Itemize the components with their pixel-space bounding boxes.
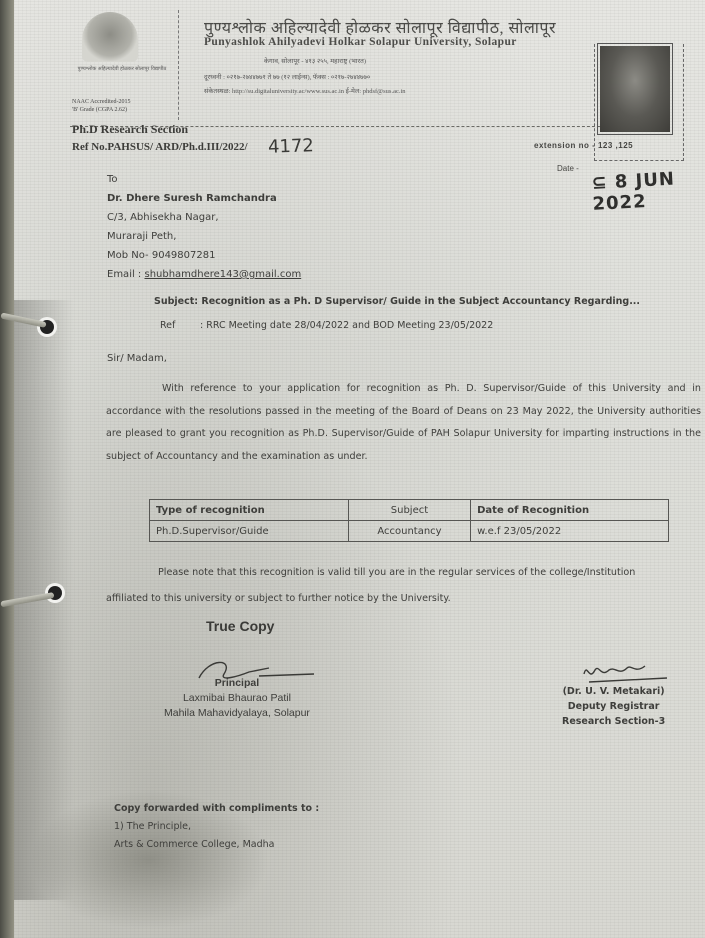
registrar-section: Research Section-3 <box>562 714 665 729</box>
reference-line: Ref: RRC Meeting date 28/04/2022 and BOD… <box>160 320 493 331</box>
principal-title: Principal <box>164 676 310 691</box>
subject-line: Subject: Recognition as a Ph. D Supervis… <box>154 296 640 307</box>
paragraph-first-line: With reference to your application for r… <box>106 383 686 394</box>
table-header-row: Type of recognition Subject Date of Reco… <box>150 500 669 521</box>
paragraph-rest: in accordance with the resolutions passe… <box>106 383 701 462</box>
validity-note: Please note that this recognition is val… <box>106 560 705 612</box>
email-label: Email : <box>107 269 141 280</box>
recipient-name: Dr. Dhere Suresh Ramchandra <box>107 189 301 208</box>
copy-forwarded-block: Copy forwarded with compliments to : 1) … <box>114 800 319 854</box>
cell-date: w.e.f 23/05/2022 <box>471 521 669 542</box>
recipient-address-1: C/3, Abhisekha Nagar, <box>107 208 301 227</box>
header-date: Date of Recognition <box>471 500 669 521</box>
registrar-name: (Dr. U. V. Metakari) <box>562 684 665 699</box>
naac-line-1: NAAC Accredited-2015 <box>72 98 131 106</box>
reference-number: Ref No.PAHSUS/ ARD/Ph.d.III/2022/ <box>72 141 248 153</box>
logo-caption: पुण्यश्लोक अहिल्यादेवी होळकर सोलापूर विद… <box>72 66 172 73</box>
stamp-mark-icon: ⊆ <box>591 172 615 194</box>
university-web: संकेतस्थळ: http://su.digitaluniversity.a… <box>204 86 406 95</box>
naac-line-2: 'B' Grade (CGPA 2.62) <box>72 106 131 114</box>
true-copy-stamp: True Copy <box>206 618 274 634</box>
university-title-marathi: पुण्यश्लोक अहिल्यादेवी होळकर सोलापूर विद… <box>204 16 556 38</box>
note-second-line: affiliated to this university or subject… <box>106 586 705 612</box>
cc-heading: Copy forwarded with compliments to : <box>114 800 319 818</box>
header-type: Type of recognition <box>150 500 349 521</box>
extension-number: extension no - 123 ,125 <box>534 141 633 150</box>
recipient-mobile: Mob No- 9049807281 <box>107 246 301 265</box>
letter-page: पुण्यश्लोक अहिल्यादेवी होळकर सोलापूर विद… <box>14 0 705 938</box>
cc-line-2: Arts & Commerce College, Madha <box>114 836 319 854</box>
reference-number-handwritten: 4172 <box>268 135 315 158</box>
university-address: केगाव, सोलापूर - ४१३ २५५, महाराष्ट्र (भा… <box>264 56 366 65</box>
university-title-english: Punyashlok Ahilyadevi Holkar Solapur Uni… <box>204 36 517 48</box>
letterhead-divider <box>178 10 180 120</box>
table-row: Ph.D.Supervisor/Guide Accountancy w.e.f … <box>150 521 669 542</box>
recipient-email-row: Email : shubhamdhere143@gmail.com <box>107 265 301 284</box>
recipient-address-2: Muraraji Peth, <box>107 227 301 246</box>
principal-institution: Mahila Mahavidyalaya, Solapur <box>164 706 310 721</box>
registrar-signature-icon <box>579 656 669 686</box>
university-logo-icon <box>82 12 138 62</box>
date-label: Date - <box>557 164 579 173</box>
portrait-photo <box>600 46 670 132</box>
note-first-line: Please note that this recognition is val… <box>106 560 705 586</box>
ref-label: Ref <box>160 320 200 331</box>
date-stamp: ⊆ 8 JUN 2022 <box>591 167 705 215</box>
registrar-signature-block: (Dr. U. V. Metakari) Deputy Registrar Re… <box>562 684 665 729</box>
header-subject: Subject <box>348 500 470 521</box>
cell-type: Ph.D.Supervisor/Guide <box>150 521 349 542</box>
salutation: Sir/ Madam, <box>107 353 167 364</box>
recognition-table: Type of recognition Subject Date of Reco… <box>149 499 669 542</box>
naac-accreditation: NAAC Accredited-2015 'B' Grade (CGPA 2.6… <box>72 98 131 114</box>
body-paragraph: With reference to your application for r… <box>106 378 701 468</box>
recipient-block: To Dr. Dhere Suresh Ramchandra C/3, Abhi… <box>107 170 301 284</box>
university-phone: दूरध्वनी : ०२१७-२७४४७७१ ते ७७ (१२ लाईन्स… <box>204 72 370 81</box>
cc-line-1: 1) The Principle, <box>114 818 319 836</box>
ref-text: : RRC Meeting date 28/04/2022 and BOD Me… <box>200 320 493 331</box>
section-label: Ph.D Research Section <box>72 122 188 137</box>
principal-signature-block: Principal Laxmibai Bhaurao Patil Mahila … <box>164 676 310 721</box>
principal-name: Laxmibai Bhaurao Patil <box>164 691 310 706</box>
cell-subject: Accountancy <box>348 521 470 542</box>
registrar-designation: Deputy Registrar <box>562 699 665 714</box>
recipient-email-link[interactable]: shubhamdhere143@gmail.com <box>144 269 301 280</box>
to-label: To <box>107 170 301 189</box>
